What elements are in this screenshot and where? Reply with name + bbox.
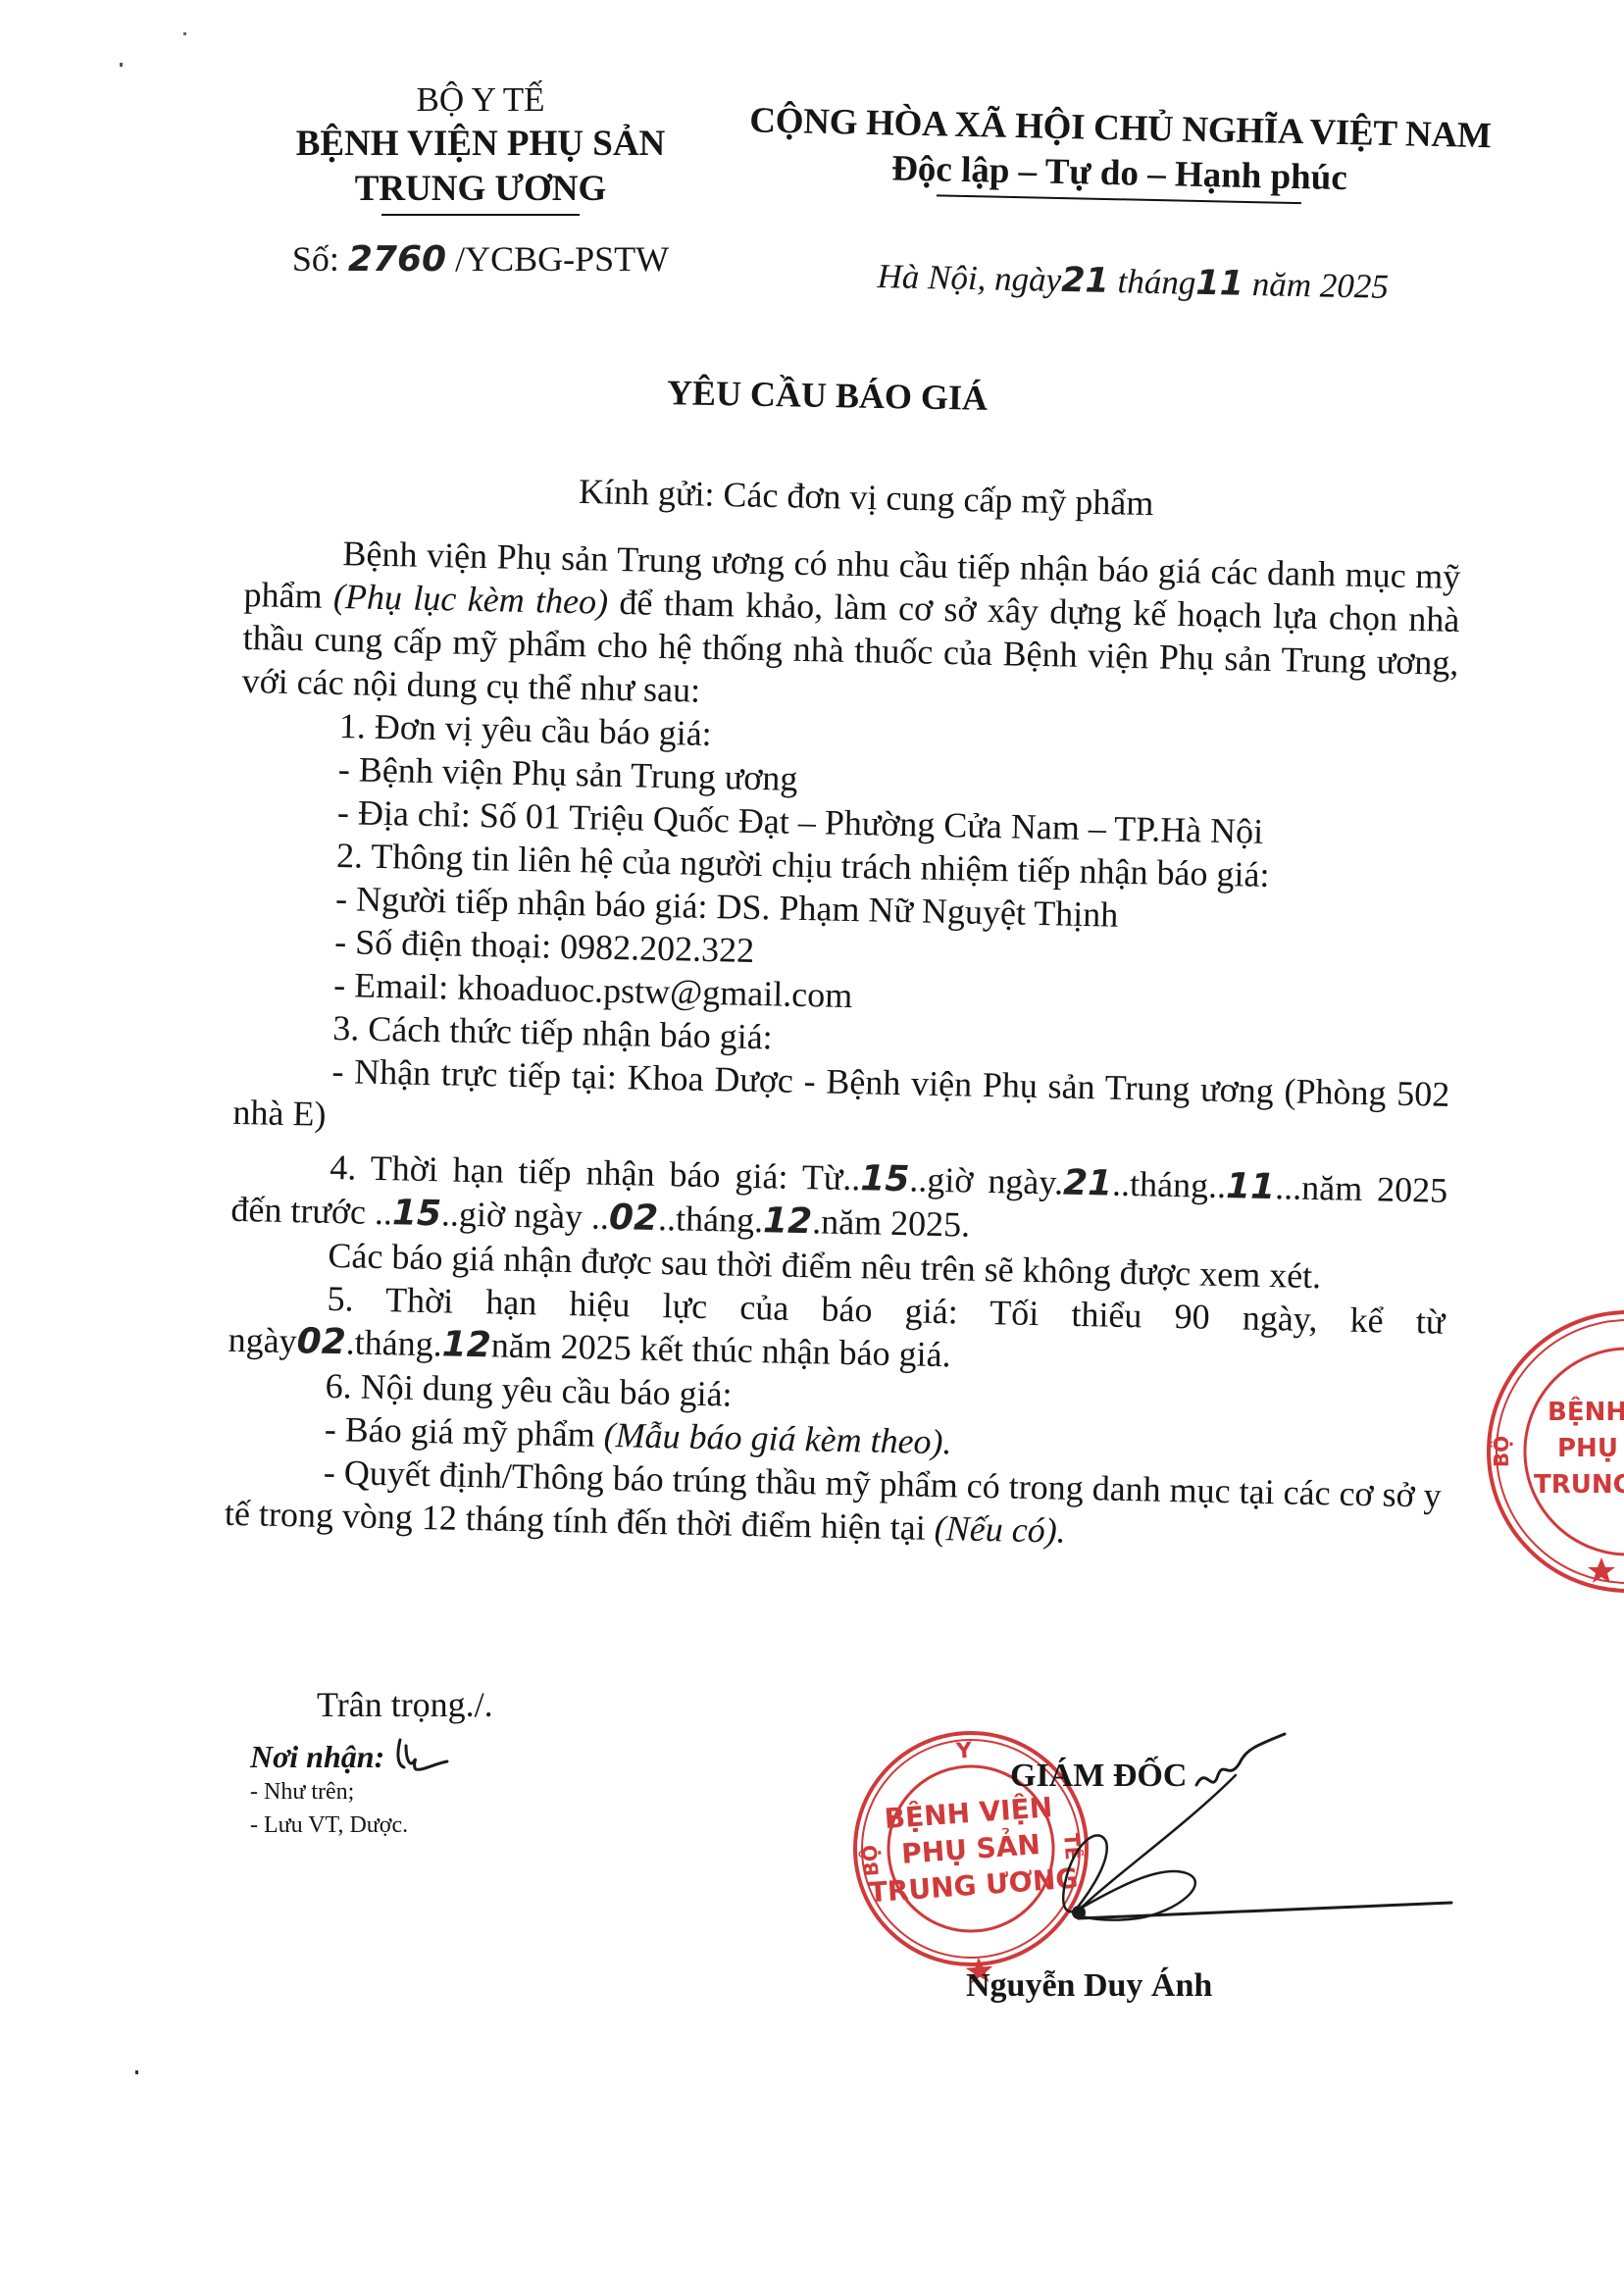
doc-number-handwritten: 2760 — [348, 239, 446, 280]
signatory-name: Nguyễn Duy Ánh — [966, 1967, 1212, 2005]
scan-speck — [120, 63, 123, 67]
director-signature-icon — [990, 1726, 1481, 1962]
svg-text:BỘ: BỘ — [1490, 1436, 1513, 1467]
document-body: Bệnh viện Phụ sản Trung ương có nhu cầu … — [225, 530, 1461, 1560]
edge-stamp-line1: BỆNH — [1548, 1396, 1624, 1427]
org-name-line2: TRUNG ƯƠNG — [245, 167, 716, 212]
recipients-label: Nơi nhận: — [250, 1736, 493, 1775]
header-divider — [381, 214, 580, 216]
recipient-item: - Như trên; — [250, 1775, 493, 1809]
intro-paragraph: Bệnh viện Phụ sản Trung ương có nhu cầu … — [241, 530, 1460, 728]
scan-speck — [135, 2070, 138, 2074]
recipient-item: - Lưu VT, Dược. — [250, 1809, 493, 1842]
header-left: BỘ Y TẾ BỆNH VIỆN PHỤ SẢN TRUNG ƯƠNG Số:… — [245, 78, 716, 281]
doc-number: Số: 2760 /YCBG-PSTW — [245, 237, 716, 281]
page-edge-stamp-icon: BỘ BỆNH PHỤ TRUNG — [1461, 1304, 1624, 1599]
org-name-line1: BỆNH VIỆN PHỤ SẢN — [245, 122, 716, 167]
initials-signature-icon — [392, 1736, 451, 1775]
header-right: CỘNG HÒA XÃ HỘI CHỦ NGHĨA VIỆT NAM Độc l… — [732, 98, 1508, 209]
closing-regards: Trân trọng./. — [250, 1683, 493, 1726]
closing-block: Trân trọng./. Nơi nhận: - Như trên; - Lư… — [250, 1683, 493, 1842]
scan-speck — [183, 32, 186, 35]
greeting: Kính gửi: Các đơn vị cung cấp mỹ phẩm — [579, 471, 1154, 524]
edge-stamp-line3: TRUNG — [1534, 1470, 1624, 1500]
document-title: YÊU CẦU BÁO GIÁ — [667, 372, 989, 419]
svg-text:Y: Y — [954, 1739, 974, 1764]
issue-date: Hà Nội, ngày21 tháng11 năm 2025 — [877, 257, 1389, 307]
svg-text:BỘ: BỘ — [858, 1844, 884, 1877]
ministry-name: BỘ Y TẾ — [245, 78, 716, 122]
edge-stamp-line2: PHỤ — [1557, 1434, 1618, 1463]
